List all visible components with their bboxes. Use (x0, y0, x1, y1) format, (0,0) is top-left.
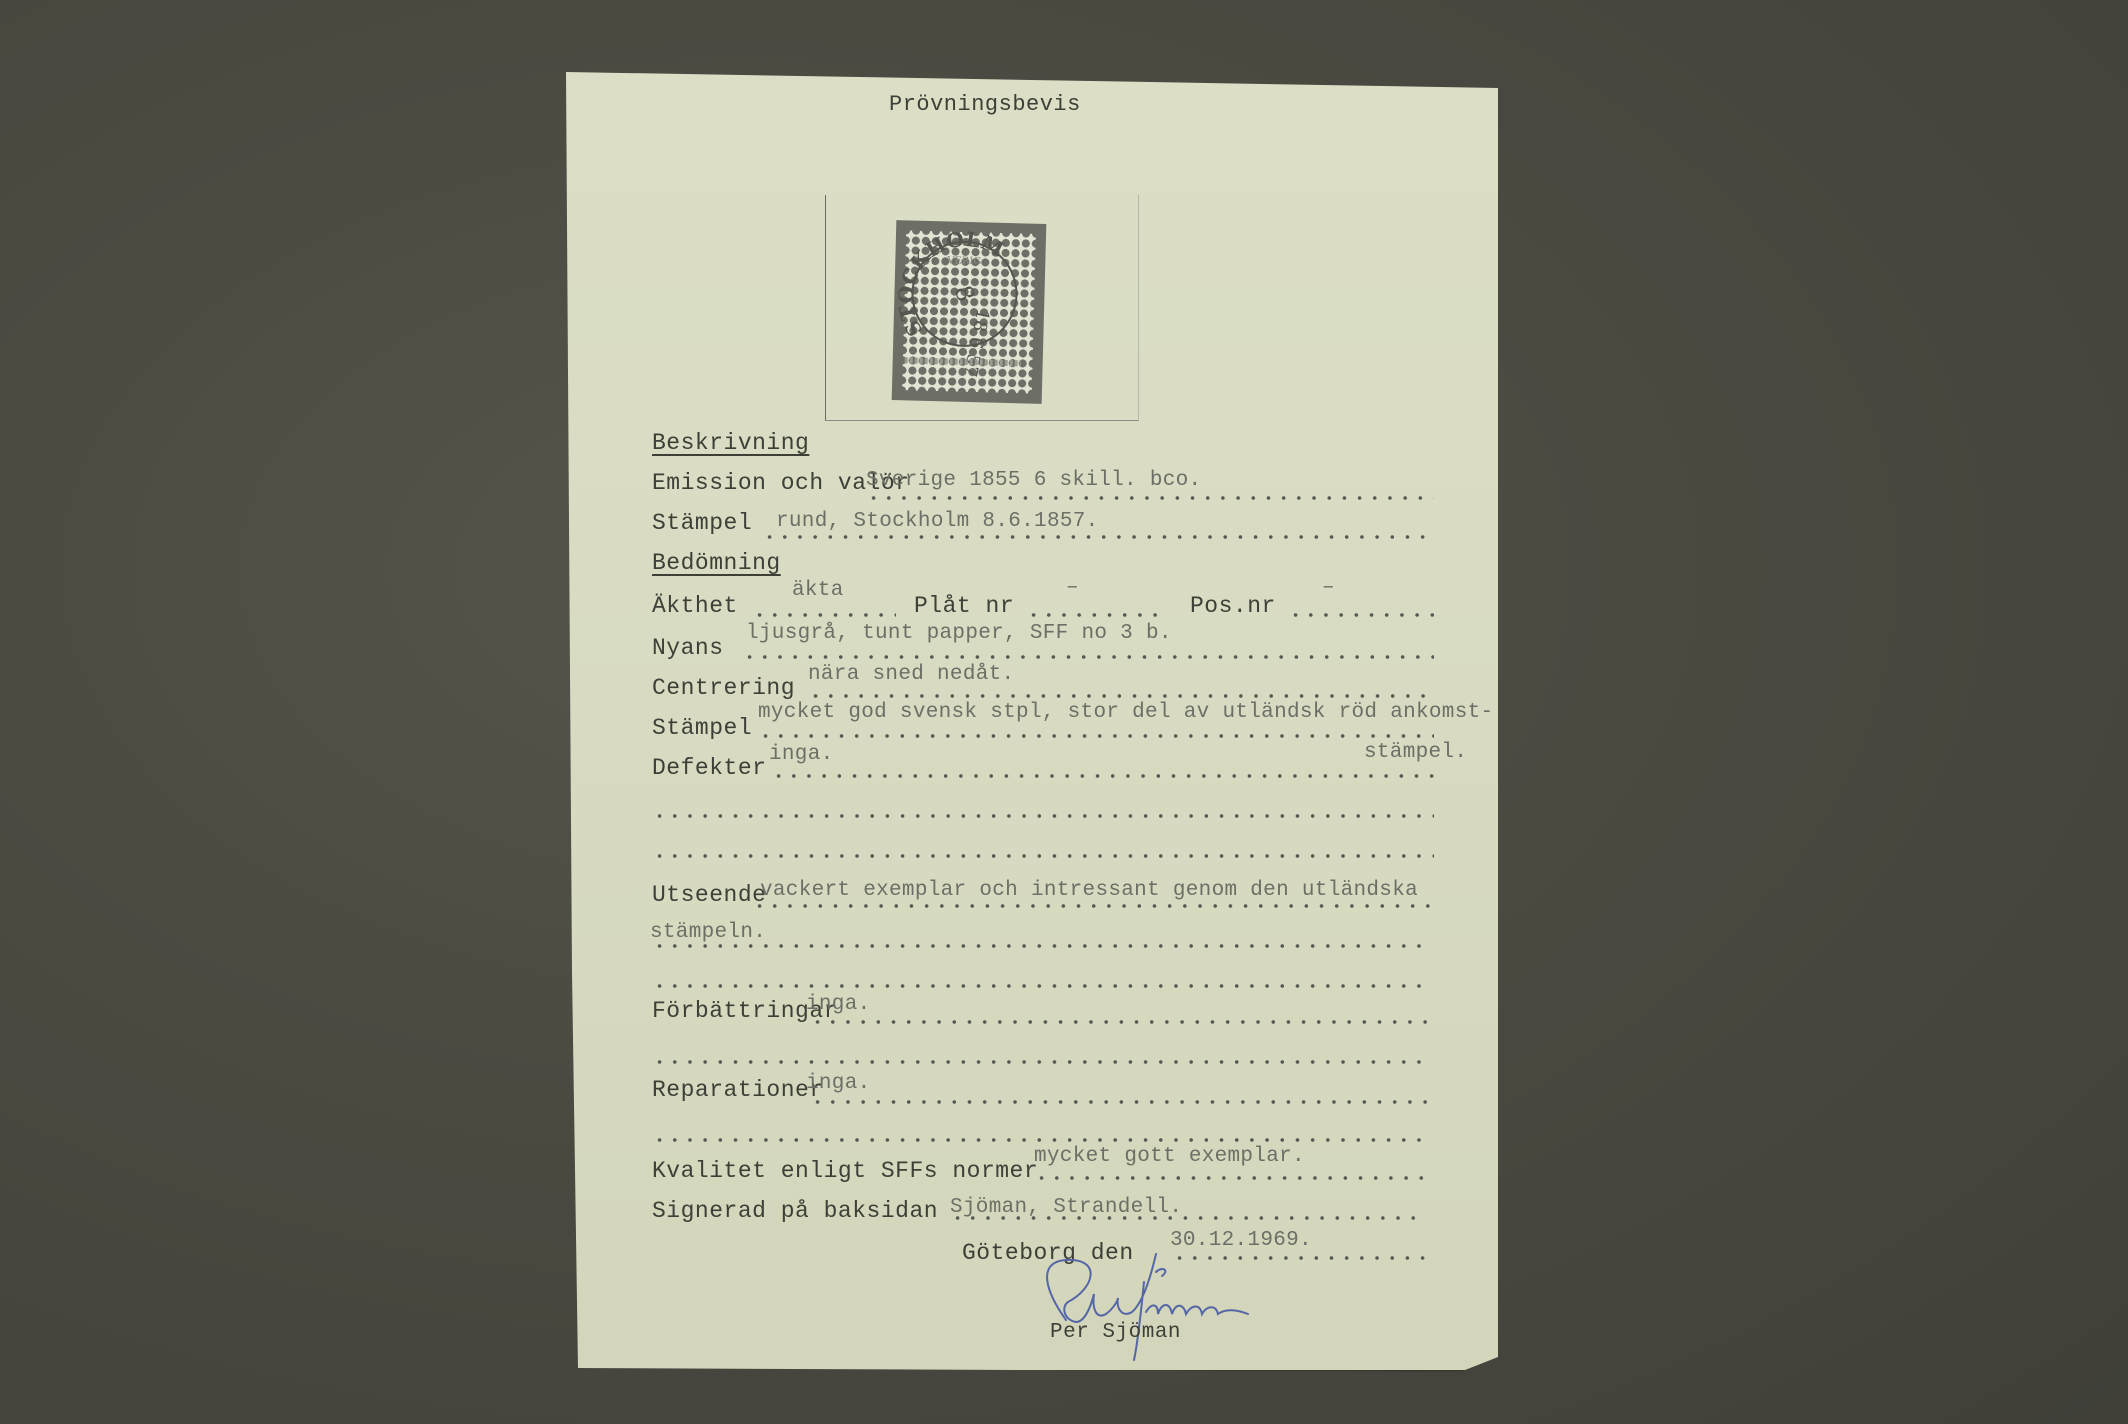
centrering-label: Centrering (652, 677, 795, 700)
pos-label: Pos.nr (1190, 595, 1276, 618)
stamp-photo-frame: STOCKHOLM 8 18 6 57 VERIG (825, 195, 1139, 421)
nyans-label: Nyans (652, 637, 724, 660)
stampel2-label: Stämpel (652, 717, 752, 740)
signerad-value: Sjöman, Strandell. (950, 1197, 1182, 1218)
postmark-icon: STOCKHOLM 8 18 6 57 VERIG (892, 220, 1047, 404)
blank-line-4 (652, 1060, 1430, 1064)
section-heading-bedomning: Bedömning (652, 552, 781, 575)
svg-text:8: 8 (949, 282, 980, 305)
centrering-leader (808, 694, 1434, 698)
certificate-title: Prövningsbevis (889, 94, 1081, 116)
kvalitet-value: mycket gott exemplar. (1034, 1146, 1305, 1167)
forbattringar-value: inga. (806, 994, 871, 1015)
nyans-value: ljusgrå, tunt papper, SFF no 3 b. (746, 623, 1172, 644)
handwritten-signature (1006, 1242, 1266, 1362)
emission-value: Sverige 1855 6 skill. bco. (866, 470, 1201, 491)
reparationer-label: Reparationer (652, 1079, 824, 1102)
stampel2-value: mycket god svensk stpl, stor del av utlä… (758, 702, 1493, 723)
plat-leader (1026, 613, 1166, 617)
stampel-label: Stämpel (652, 512, 752, 535)
stampel-leader (762, 535, 1434, 539)
akthet-label: Äkthet (652, 595, 738, 618)
reparationer-value: inga. (806, 1073, 871, 1094)
centrering-value: nära sned nedåt. (808, 664, 1014, 685)
akthet-leader (752, 613, 896, 617)
pos-leader (1288, 613, 1434, 617)
blank-line-1 (652, 814, 1434, 818)
svg-text:VERIG: VERIG (946, 255, 981, 267)
utseende-value-cont: stämpeln. (650, 922, 766, 943)
defekter-leader (771, 774, 1434, 778)
defekter-value: inga. (769, 744, 834, 765)
certificate-paper: Prövningsbevis STOCKHOLM 8 18 6 57 VERIG… (566, 72, 1498, 1370)
utseende-leader-2 (652, 944, 1430, 948)
blank-line-2 (652, 854, 1434, 858)
plat-value: – (1066, 577, 1079, 598)
stampel2-leader (758, 734, 1434, 738)
utseende-leader (752, 904, 1430, 908)
kvalitet-label: Kvalitet enligt SFFs normer (652, 1160, 1038, 1183)
plat-label: Plåt nr (914, 595, 1014, 618)
stamp-image: STOCKHOLM 8 18 6 57 VERIG (892, 220, 1047, 404)
reparationer-leader (810, 1100, 1430, 1104)
emission-leader (866, 496, 1434, 500)
kvalitet-leader (1034, 1176, 1426, 1180)
section-heading-beskrivning: Beskrivning (652, 432, 809, 455)
svg-text:18 6 57: 18 6 57 (959, 307, 993, 379)
blank-line-3 (652, 984, 1430, 988)
utseende-label: Utseende (652, 884, 766, 907)
signatory-name: Per Sjöman (1050, 1322, 1181, 1343)
stampel2-value-cont: stämpel. (1364, 742, 1467, 763)
defekter-label: Defekter (652, 757, 766, 780)
pos-value: – (1322, 577, 1335, 598)
forbattringar-leader (810, 1020, 1430, 1024)
stampel-value: rund, Stockholm 8.6.1857. (776, 511, 1099, 532)
signerad-leader (950, 1216, 1426, 1220)
signerad-label: Signerad på baksidan (652, 1200, 938, 1223)
akthet-value: äkta (792, 580, 844, 601)
nyans-leader (742, 655, 1434, 659)
utseende-value: vackert exemplar och intressant genom de… (760, 880, 1418, 901)
blank-line-5 (652, 1138, 1430, 1142)
